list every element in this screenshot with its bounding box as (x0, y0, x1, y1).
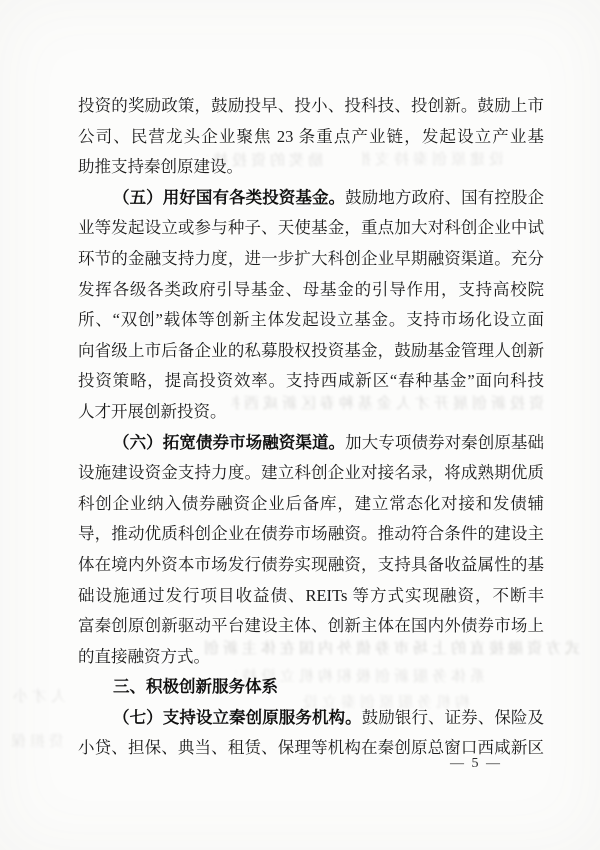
document-text-block: 投资的奖励政策，鼓励投早、投小、投科技、投创新。鼓励上市公司、民营龙头企业聚焦 … (78, 91, 544, 764)
body-text: 加大专项债券对秦创原基础 (345, 433, 544, 452)
emphasized-text: （七）支持设立秦创原服务机构。 (113, 708, 362, 727)
text-line: 向省级上市后备企业的私募股权投资基金，鼓励基金管理人创新 (78, 336, 544, 367)
text-line: 科创企业纳入债券融资企业后备库，建立常态化对接和发债辅 (78, 489, 544, 520)
body-text: 向省级上市后备企业的私募股权投资基金，鼓励基金管理人创新 (78, 341, 544, 360)
body-text: 的直接融资方式。 (78, 647, 210, 666)
body-text: 投资策略，提高投资效率。支持西咸新区“春种基金”面向科技 (78, 371, 544, 390)
emphasized-text: 三、积极创新服务体系 (113, 677, 278, 696)
text-line: 所、“双创”载体等创新主体发起设立基金。支持市场化设立面 (78, 305, 544, 336)
text-line: 人才开展创新投资。 (78, 397, 544, 428)
text-line: 投资的奖励政策，鼓励投早、投小、投科技、投创新。鼓励上市 (78, 91, 544, 122)
body-text: 人才开展创新投资。 (78, 402, 227, 421)
text-line: 富秦创原创新驱动平台建设主体、创新主体在国内外债券市场上 (78, 611, 544, 642)
text-line: 环节的金融支持力度，进一步扩大科创企业早期融资渠道。充分 (78, 244, 544, 275)
emphasized-text: （五）用好国有各类投资基金。 (113, 188, 345, 207)
bleed-through-artifact: 贷担保 (12, 733, 64, 752)
page-number: — 5 — (443, 756, 509, 772)
text-line: 设施建设资金支持力度。建立科创企业对接名录，将成熟期优质 (78, 458, 544, 489)
emphasized-text: （六）拓宽债券市场融资渠道。 (113, 433, 345, 452)
body-text: 鼓励银行、证券、保险及 (362, 708, 544, 727)
bleed-through-artifact: 人才小 (6, 688, 66, 707)
text-line: 导，推动优质科创企业在债券市场融资。推动符合条件的建设主 (78, 519, 544, 550)
body-text: 发挥各级各类政府引导基金、母基金的引导作用，支持高校院 (78, 280, 544, 299)
body-text: 业等发起设立或参与种子、天使基金，重点加大对科创企业中试 (78, 218, 544, 237)
text-line: （六）拓宽债券市场融资渠道。加大专项债券对秦创原基础 (78, 428, 544, 459)
body-text: 体在境内外资本市场发行债券实现融资，支持具备收益属性的基 (78, 555, 544, 574)
body-text: 投资的奖励政策，鼓励投早、投小、投科技、投创新。鼓励上市 (78, 96, 544, 115)
text-line: 业等发起设立或参与种子、天使基金，重点加大对科创企业中试 (78, 213, 544, 244)
text-line: 公司、民营龙头企业聚焦 23 条重点产业链，发起设立产业基金， (78, 122, 544, 153)
text-line: 的直接融资方式。 (78, 642, 544, 673)
text-line: （五）用好国有各类投资基金。鼓励地方政府、国有控股企 (78, 183, 544, 214)
text-line: 三、积极创新服务体系 (78, 672, 544, 703)
body-text: 导，推动优质科创企业在债券市场融资。推动符合条件的建设主 (78, 524, 544, 543)
text-line: 助推支持秦创原建设。 (78, 152, 544, 183)
body-text: 设施建设资金支持力度。建立科创企业对接名录，将成熟期优质 (78, 463, 544, 482)
body-text: 础设施通过发行项目收益债、REITs 等方式实现融资，不断丰 (78, 586, 544, 605)
text-line: 础设施通过发行项目收益债、REITs 等方式实现融资，不断丰 (78, 581, 544, 612)
text-line: 发挥各级各类政府引导基金、母基金的引导作用，支持高校院 (78, 275, 544, 306)
text-line: 投资策略，提高投资效率。支持西咸新区“春种基金”面向科技 (78, 366, 544, 397)
body-text: 助推支持秦创原建设。 (78, 157, 243, 176)
body-text: 科创企业纳入债券融资企业后备库，建立常态化对接和发债辅 (78, 494, 544, 513)
scanned-document-page: 励奖的资投持支推助励设建原创秦持支推助持资投新创展开才人金基种春区新咸西持支式方… (0, 0, 600, 850)
body-text: 公司、民营龙头企业聚焦 23 条重点产业链，发起设立产业基金， (78, 127, 544, 153)
body-text: 鼓励地方政府、国有控股企 (345, 188, 544, 207)
text-line: 体在境内外资本市场发行债券实现融资，支持具备收益属性的基 (78, 550, 544, 581)
text-line: （七）支持设立秦创原服务机构。鼓励银行、证券、保险及 (78, 703, 544, 734)
body-text: 小贷、担保、典当、租赁、保理等机构在秦创原总窗口西咸新区 (78, 738, 544, 757)
body-text: 富秦创原创新驱动平台建设主体、创新主体在国内外债券市场上 (78, 616, 544, 635)
body-text: 所、“双创”载体等创新主体发起设立基金。支持市场化设立面 (78, 310, 544, 329)
body-text: 环节的金融支持力度，进一步扩大科创企业早期融资渠道。充分 (78, 249, 544, 268)
